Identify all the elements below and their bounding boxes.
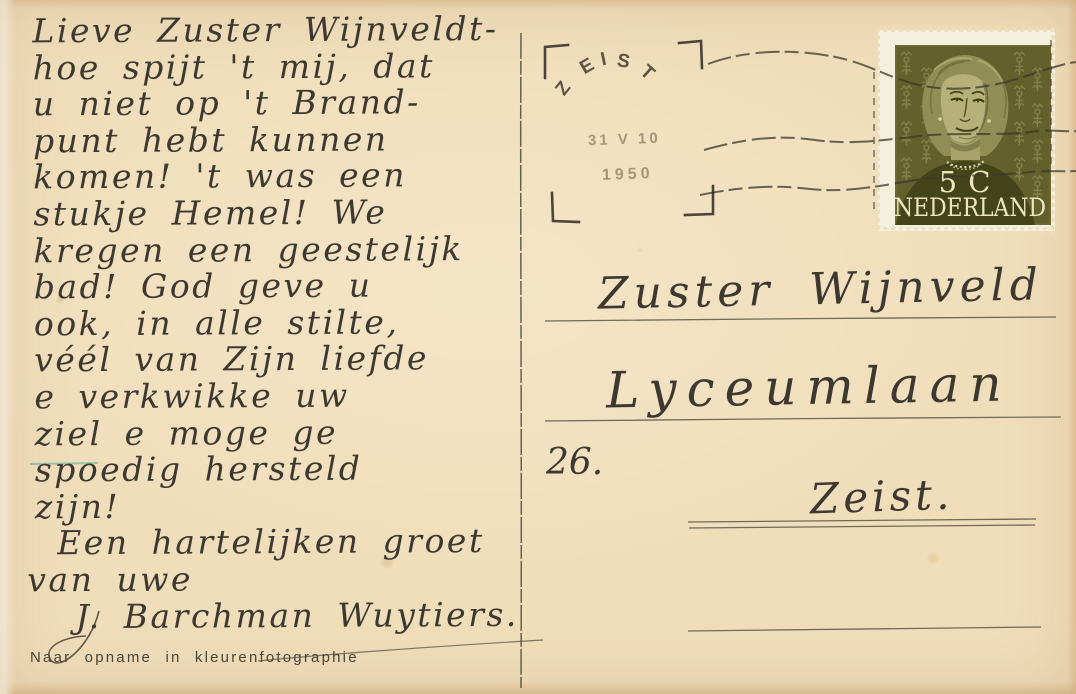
postmark-town-letter: T xyxy=(635,61,658,85)
address-city: Zeist. xyxy=(809,470,954,524)
message-line: véél van Zijn liefde xyxy=(34,340,566,379)
postmark-town-letter: S xyxy=(615,50,631,74)
stamp-country: NEDERLAND xyxy=(894,193,1046,222)
message-line: stukje Hemel! We xyxy=(33,194,565,233)
stamp-nederland-5c: 5 C NEDERLAND xyxy=(874,26,1058,234)
address-recipient: Zuster Wijnveld xyxy=(598,259,1044,319)
message-line: ook, in alle stilte, xyxy=(34,303,566,342)
postcard-back: 5 C NEDERLAND xyxy=(0,0,1076,694)
message-line: komen! 't was een xyxy=(33,157,565,196)
message-line: bad! God geve u xyxy=(34,267,566,306)
message-line: Een hartelijken groet xyxy=(57,523,567,562)
message-line: Lieve Zuster Wijnveldt- xyxy=(32,11,564,50)
postmark-town-letter: E xyxy=(576,54,598,79)
postmark-town-letter: I xyxy=(599,49,609,72)
message-signature: J. Barchman Wuytiers. xyxy=(75,596,567,635)
postmark-date: 31 V 10 xyxy=(588,130,661,150)
stamp-artwork: 5 C NEDERLAND xyxy=(874,26,1058,234)
message-line: kregen een geestelijk xyxy=(34,230,566,269)
postmark-year: 1950 xyxy=(602,165,654,185)
message-line: punt hebt kunnen xyxy=(33,120,565,159)
message-text: Lieve Zuster Wijnveldt- hoe spijt 't mij… xyxy=(24,11,567,636)
message-line: hoe spijt 't mij, dat xyxy=(33,47,565,86)
message-line: zijn! xyxy=(35,486,567,525)
message-line: van uwe xyxy=(27,559,567,598)
imprint-text: Naar opname in kleurenfotographie xyxy=(30,649,359,666)
message-line: ziel e moge ge xyxy=(34,413,566,452)
message-line: u niet op 't Brand- xyxy=(33,84,565,123)
address-street: Lyceumlaan xyxy=(606,354,1013,419)
address-house-number: 26. xyxy=(546,442,603,483)
message-line: e verkwikke uw xyxy=(34,377,566,416)
message-line: spoedig hersteld xyxy=(35,450,567,489)
